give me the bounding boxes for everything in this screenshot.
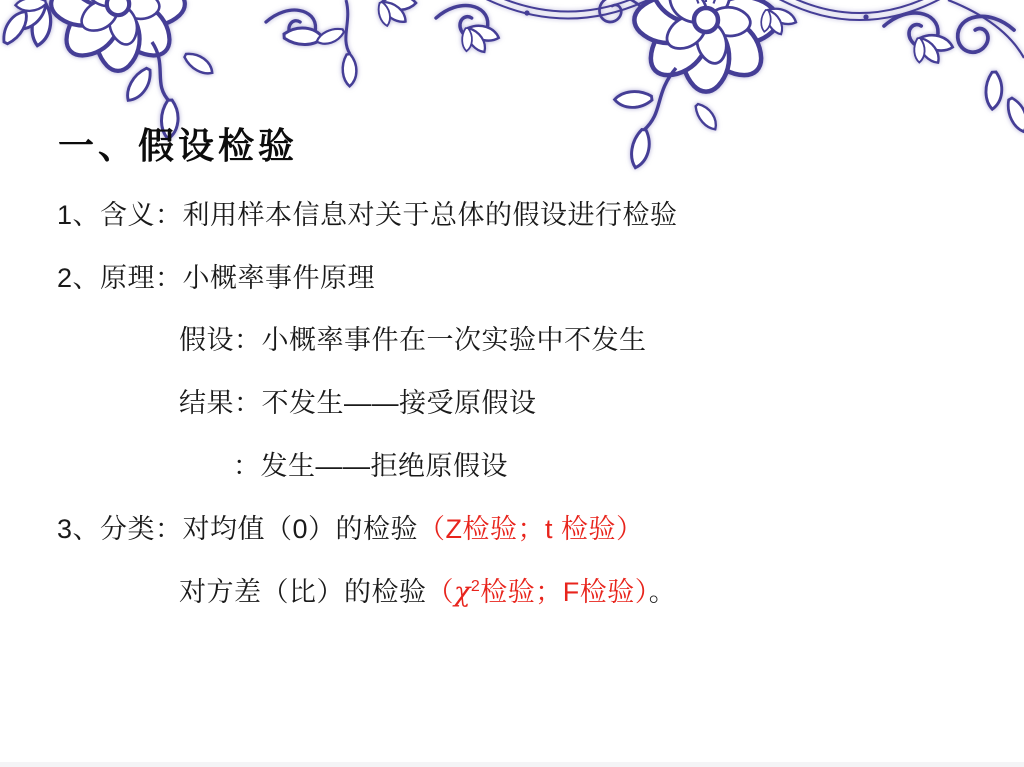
line7-black-text: 对方差（比）的检验 (179, 577, 427, 607)
slide-title: 一、假设检验 (58, 118, 298, 169)
body-line-3-assumption: 假设：小概率事件在一次实验中不发生 (179, 318, 647, 357)
garland-swag-1 (480, 0, 652, 19)
scroll-ornament-1 (266, 10, 324, 55)
presentation-slide: 一、假设检验 1、含义：利用样本信息对关于总体的假设进行检验 2、原理：小概率事… (0, 0, 1024, 767)
peony-flower-right (614, 0, 800, 169)
body-line-6-classification-mean: 3、分类：对均值（0）的检验（Z检验；t 检验） (57, 507, 644, 546)
corner-ornament-right (948, 0, 1024, 132)
chi-exponent: 2 (471, 578, 480, 595)
line7-period: 。 (649, 577, 677, 607)
dot-accent-1 (524, 10, 529, 15)
hanging-sprig (317, 0, 364, 87)
scroll-ornament-4 (884, 13, 956, 74)
body-line-2-principle: 2、原理：小概率事件原理 (57, 256, 375, 295)
garland-swag-2 (770, 0, 942, 20)
line6-black-text: 3、分类：对均值（0）的检验 (57, 514, 418, 544)
scroll-ornament-2 (436, 6, 502, 64)
leaf-fan-top (373, 0, 418, 33)
body-line-1-definition: 1、含义：利用样本信息对关于总体的假设进行检验 (57, 193, 678, 232)
line6-red-text: （Z检验；t 检验） (418, 514, 644, 544)
line7-red-text: 检验；F检验） (480, 577, 649, 607)
chi-symbol: χ (454, 577, 471, 608)
body-line-4-result-accept: 结果：不发生——接受原假设 (179, 381, 537, 420)
body-line-7-classification-variance: 对方差（比）的检验（χ2检验；F检验）。 (179, 570, 676, 609)
line7-red-open-paren: （ (427, 577, 455, 607)
body-line-5-result-reject: ：发生——拒绝原假设 (233, 444, 508, 483)
slide-bottom-edge (0, 762, 1024, 767)
